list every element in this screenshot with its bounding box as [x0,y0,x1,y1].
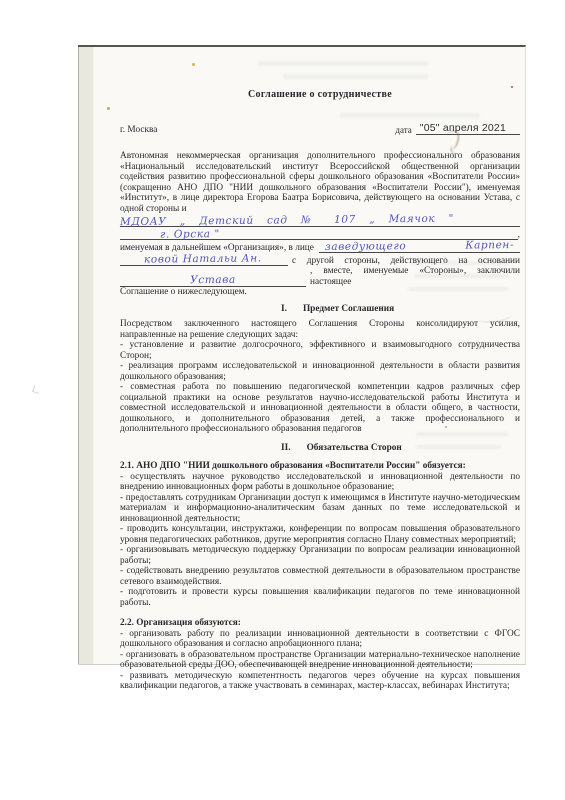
preamble-intro: Автономная некоммерческая организация до… [120,151,520,214]
subsection-2-1-item: - организовывать методическую поддержку … [120,545,520,566]
dust-speck [511,86,513,88]
head-name-blank-2: ковой Натальи Ан. [120,253,288,266]
section-1-title: Предмет Соглашения [303,304,394,315]
section-1-item: - реализация программ исследовательской … [120,361,520,382]
section-1-intro: Посредством заключенного настоящего Согл… [120,319,520,340]
subsection-2-1-item: - подготовить и провести курсы повышения… [120,587,520,608]
document-page: Соглашение о сотрудничестве г. Москва да… [78,45,526,665]
section-2-title: Обязательства Сторон [307,443,402,454]
section-2-heading: II. Обязательства Сторон [120,443,520,454]
org-name-row-2: г. Орска " , [120,227,520,240]
org-name-blank-line-2: г. Орска " [120,227,518,240]
dust-speck [192,63,195,66]
typed-named-org: именуемая в дальнейшем «Организация», в … [120,243,314,254]
handwritten-head-name-1: заведующего Карпен- [319,240,520,253]
subsection-2-2-heading: 2.2. Организация обязуются: [120,618,520,629]
subsection-2-2-item: - организовать в образовательном простра… [120,650,520,671]
section-2-number: II. [281,443,291,454]
section-1-number: I. [281,304,287,315]
date-group: дата "05" апреля 2021 [395,123,520,136]
trailing-comma: , [518,230,520,241]
dust-speck [445,426,447,428]
handwritten-head-name-2: ковой Натальи Ан. [120,253,288,266]
page-left-edge [78,47,94,664]
subsection-2-2-item: - организовать работу по реализации инно… [120,629,520,650]
section-1-item: - установление и развитие долгосрочного,… [120,340,520,361]
subsection-2-1-item: - содействовать внедрению результатов со… [120,566,520,587]
typed-other-side: с другой стороны, действующего на основа… [292,256,520,267]
subsection-2-1-heading: 2.1. АНО ДПО "НИИ дошкольного образовани… [120,461,520,472]
handwritten-basis: Устава [120,274,306,287]
margin-pencil-mark [32,385,41,394]
other-side-row: ковой Натальи Ан. с другой стороны, дейс… [120,253,520,266]
subsection-2-1-item: - осуществлять научное руководство иссле… [120,472,520,493]
scan-canvas: { "document": { "title": "Соглашение о с… [0,0,565,800]
date-label: дата [395,125,411,136]
city-label: г. Москва [120,125,157,136]
dust-speck [107,107,110,110]
head-name-blank-1: заведующего Карпен- [319,240,520,253]
typed-conclusion-2: Соглашение о нижеследующем. [120,287,520,298]
subsection-2-1-item: - предоставлять сотрудникам Организации … [120,493,520,525]
typed-conclusion: , вместе, именуемые «Стороны», заключили… [310,266,520,287]
section-1-item: - совместная работа по повышению педагог… [120,382,520,435]
city-date-row: г. Москва дата "05" апреля 2021 [120,123,520,136]
document-title: Соглашение о сотрудничестве [120,90,520,101]
basis-row: Устава , вместе, именуемые «Стороны», за… [120,266,520,287]
date-value: "05" апреля 2021 [416,123,520,136]
subsection-2-1-item: - проводить консультации, инструктажи, к… [120,524,520,545]
section-1-heading: I. Предмет Соглашения [120,304,520,315]
subsection-2-2-item: - развивать методическую компетентность … [120,671,520,692]
basis-blank: Устава [120,274,306,287]
org-name-blank-line-1: МДОАУ „ Детский сад № 107 „ Маячок " [120,214,520,227]
named-org-row: именуемая в дальнейшем «Организация», в … [120,240,520,253]
document-body: Соглашение о сотрудничестве г. Москва да… [120,47,520,692]
